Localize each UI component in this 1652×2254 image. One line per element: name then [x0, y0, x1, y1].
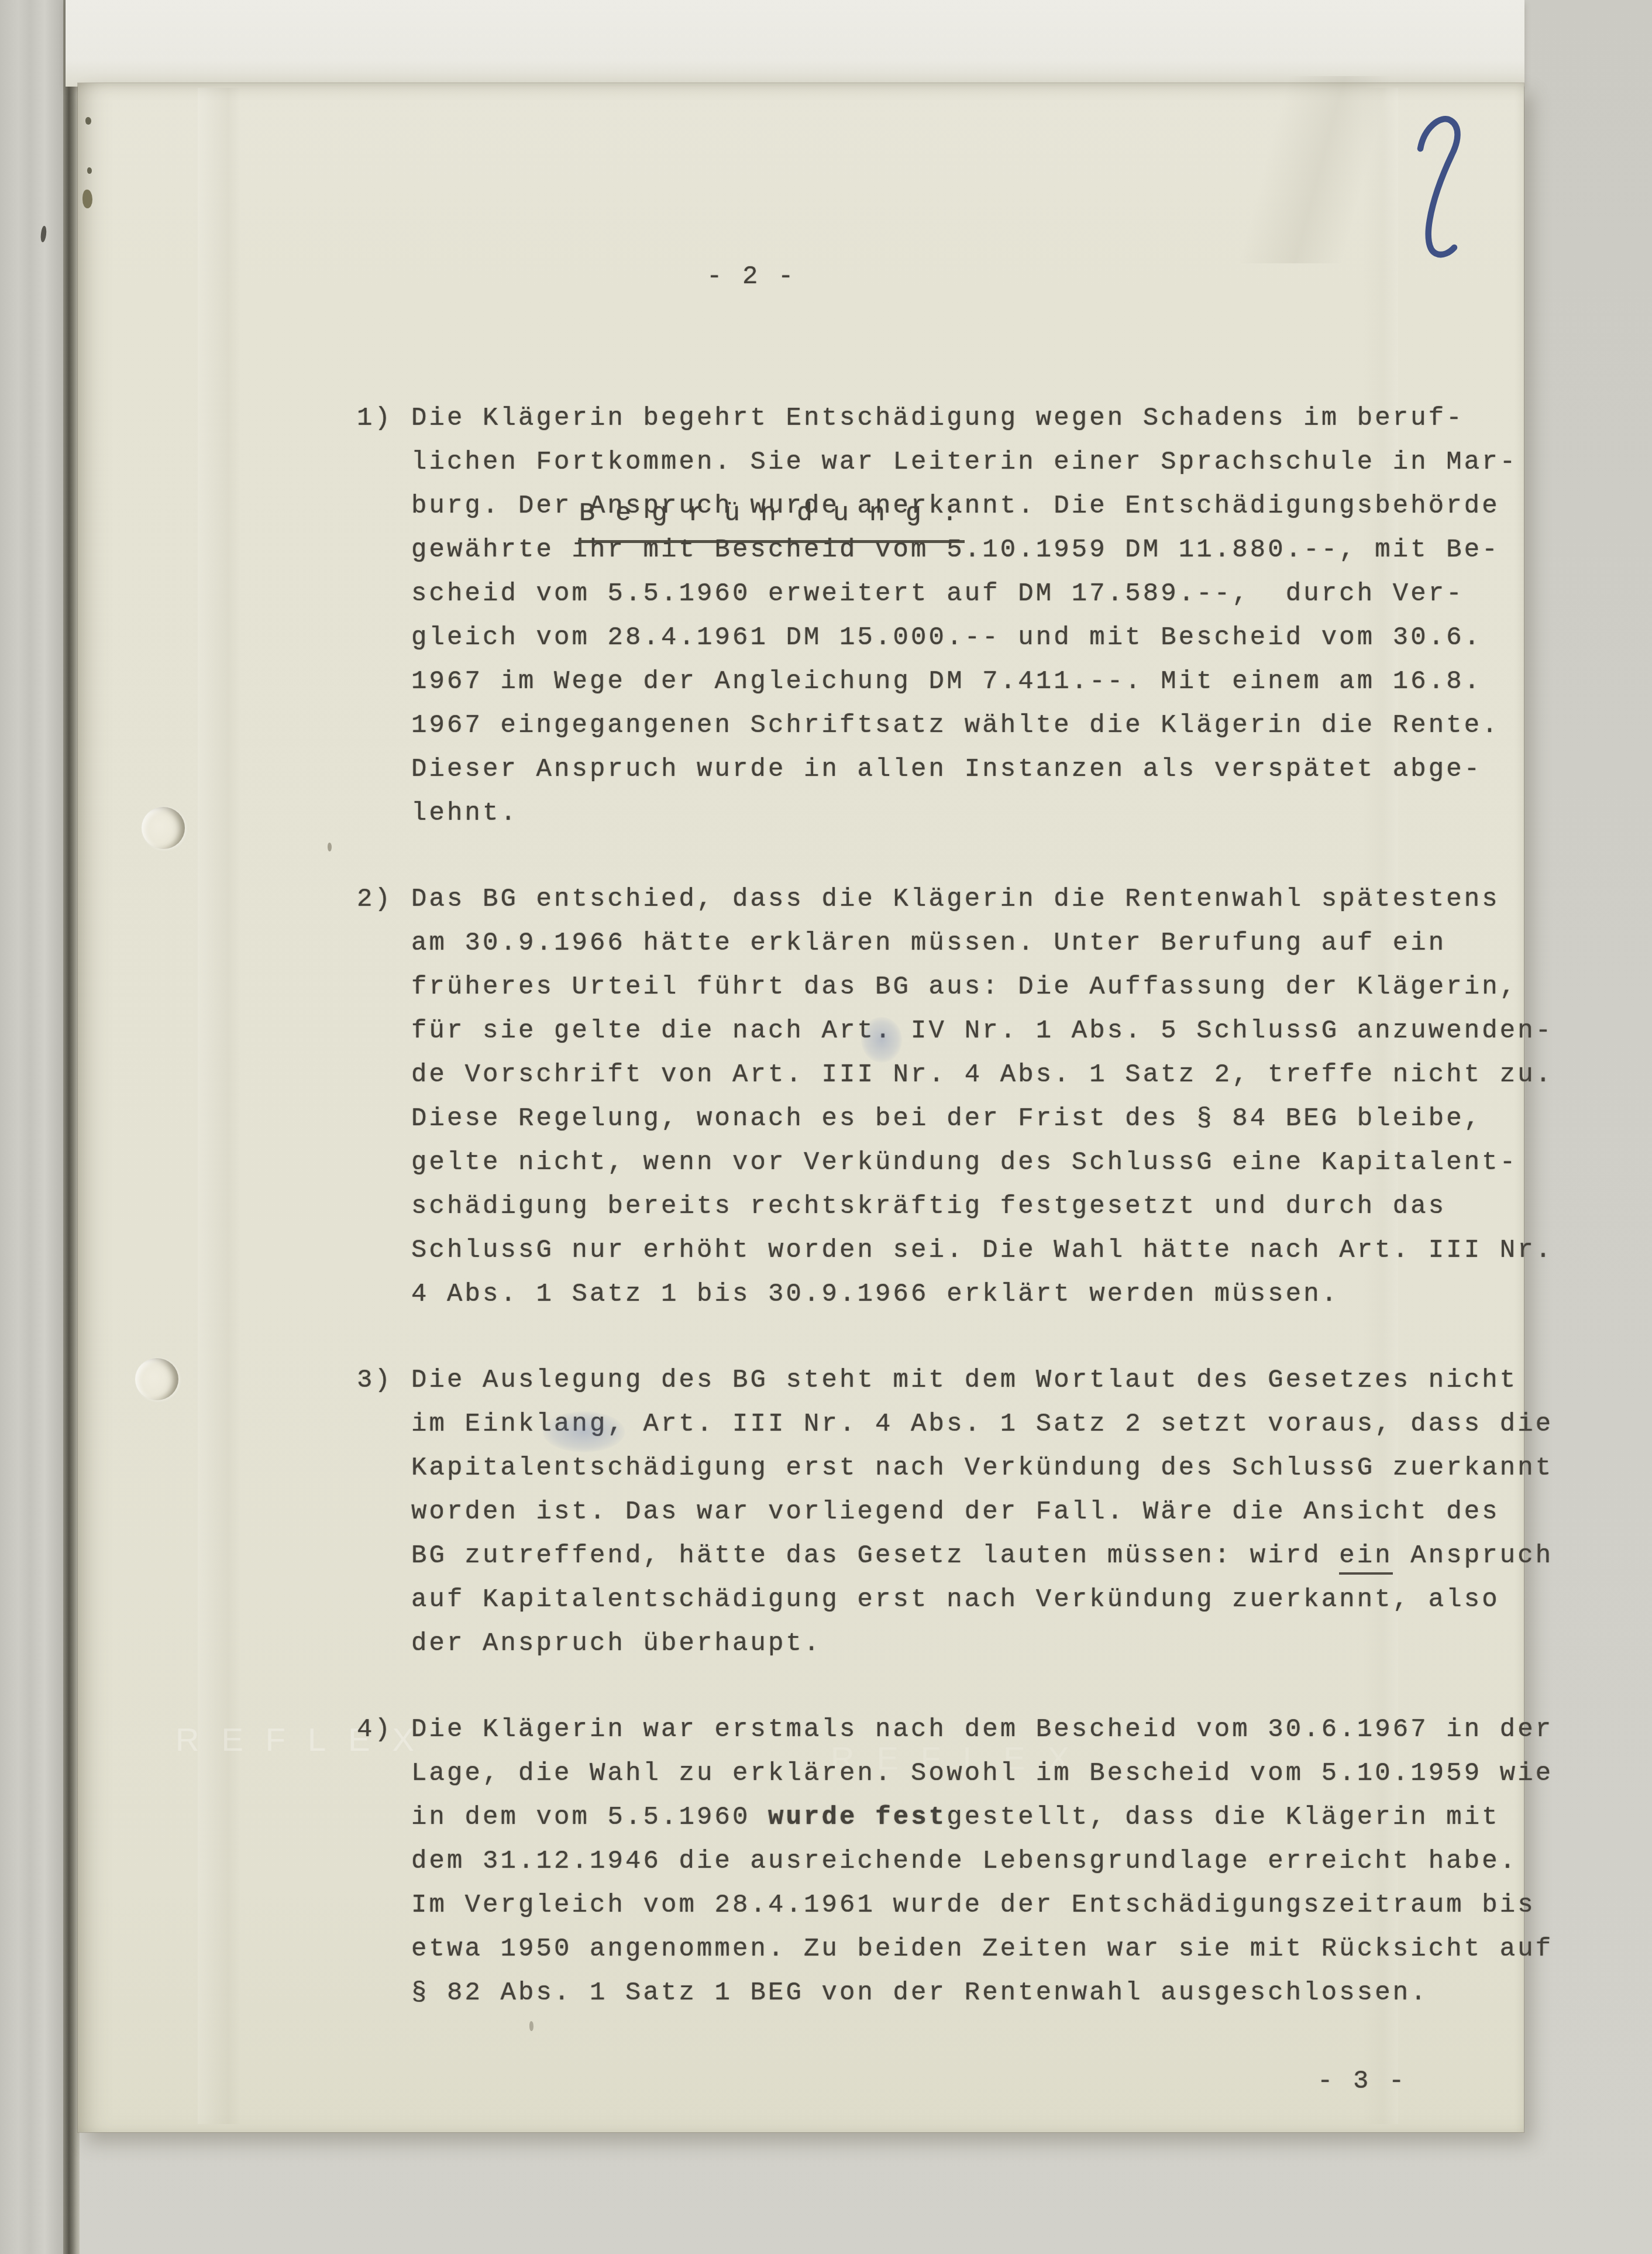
text-line: in dem vom 5.5.1960 wurde festgestellt, … [411, 1796, 1556, 1840]
text-line: Die Klägerin begehrt Entschädigung wegen… [411, 397, 1556, 441]
paragraph-number: 3) [357, 1359, 393, 1403]
paper-speck [529, 2021, 534, 2031]
text-line: 1967 eingegangenen Schriftsatz wählte di… [411, 704, 1556, 748]
punch-hole-top [142, 807, 185, 849]
text-line: gleich vom 28.4.1961 DM 15.000.-- und mi… [411, 616, 1556, 660]
text-line: früheres Urteil führt das BG aus: Die Au… [411, 965, 1556, 1009]
page-number-bottom: - 3 - [1317, 2067, 1407, 2096]
text-line: Kapitalentschädigung erst nach Verkündun… [411, 1446, 1556, 1490]
paper-speck [82, 190, 92, 208]
paragraph: 1)Die Klägerin begehrt Entschädigung weg… [357, 397, 1556, 836]
text-line: dem 31.12.1946 die ausreichende Lebensgr… [411, 1840, 1556, 1884]
scanned-document-page: { "page": { "page_number_top": "- 2 -", … [0, 0, 1652, 2254]
body-text: 1)Die Klägerin begehrt Entschädigung weg… [357, 397, 1556, 2057]
paper-speck [328, 843, 332, 851]
text-line: BG zutreffend, hätte das Gesetz lauten m… [411, 1534, 1556, 1578]
page-number-top: - 2 - [707, 262, 796, 291]
binding-edge-shadow [63, 0, 80, 2254]
text-line: etwa 1950 angenommen. Zu beiden Zeiten w… [411, 1927, 1556, 1971]
paragraph-number: 1) [357, 397, 393, 441]
text-line: Das BG entschied, dass die Klägerin die … [411, 878, 1556, 922]
text-line: burg. Der Anspruch wurde anerkannt. Die … [411, 485, 1556, 528]
overstruck-word: fest [875, 1803, 947, 1832]
paragraph: 3)Die Auslegung des BG steht mit dem Wor… [357, 1359, 1556, 1666]
scan-margin-strip [0, 0, 66, 2254]
paragraph: 2)Das BG entschied, dass die Klägerin di… [357, 878, 1556, 1317]
text-line: SchlussG nur erhöht worden sei. Die Wahl… [411, 1229, 1556, 1273]
text-line: am 30.9.1966 hätte erklären müssen. Unte… [411, 922, 1556, 965]
text-line: de Vorschrift von Art. III Nr. 4 Abs. 1 … [411, 1053, 1556, 1097]
text-line: Dieser Anspruch wurde in allen Instanzen… [411, 748, 1556, 792]
overstruck-word: wurde [768, 1803, 858, 1832]
text-line: Die Klägerin war erstmals nach dem Besch… [411, 1708, 1556, 1752]
underlying-page-top-edge [66, 0, 1524, 87]
blue-ink-smudge [543, 1411, 625, 1452]
text-line: 4 Abs. 1 Satz 1 bis 30.9.1966 erklärt we… [411, 1273, 1556, 1317]
text-line: worden ist. Das war vorliegend der Fall.… [411, 1490, 1556, 1534]
text-line: gelte nicht, wenn vor Verkündung des Sch… [411, 1141, 1556, 1185]
text-line: Im Vergleich vom 28.4.1961 wurde der Ent… [411, 1884, 1556, 1927]
text-line: scheid vom 5.5.1960 erweitert auf DM 17.… [411, 572, 1556, 616]
paper-crease [198, 88, 241, 2124]
paragraph-number: 4) [357, 1708, 393, 1752]
paper-speck [85, 117, 91, 125]
text-line: Diese Regelung, wonach es bei der Frist … [411, 1097, 1556, 1141]
text-line: lehnt. [411, 792, 1556, 836]
text-line: 1967 im Wege der Angleichung DM 7.411.--… [411, 660, 1556, 704]
punch-hole-bottom [135, 1358, 178, 1400]
paragraph-number: 2) [357, 878, 393, 922]
blue-ink-smudge [861, 1017, 902, 1063]
handwritten-page-number-ink [1412, 112, 1465, 269]
text-line: lichen Fortkommen. Sie war Leiterin eine… [411, 441, 1556, 485]
paragraph: 4)Die Klägerin war erstmals nach dem Bes… [357, 1708, 1556, 2015]
text-line: auf Kapitalentschädigung erst nach Verkü… [411, 1578, 1556, 1622]
text-line: der Anspruch überhaupt. [411, 1622, 1556, 1666]
text-line: Lage, die Wahl zu erklären. Sowohl im Be… [411, 1752, 1556, 1796]
text-line: Die Auslegung des BG steht mit dem Wortl… [411, 1359, 1556, 1403]
text-line: gewährte ihr mit Bescheid vom 5.10.1959 … [411, 528, 1556, 572]
text-line: für sie gelte die nach Art. IV Nr. 1 Abs… [411, 1009, 1556, 1053]
text-line: § 82 Abs. 1 Satz 1 BEG von der Rentenwah… [411, 1971, 1556, 2015]
paper-speck [87, 167, 92, 174]
underlined-word: ein [1339, 1541, 1393, 1575]
text-line: schädigung bereits rechtskräftig festges… [411, 1185, 1556, 1229]
